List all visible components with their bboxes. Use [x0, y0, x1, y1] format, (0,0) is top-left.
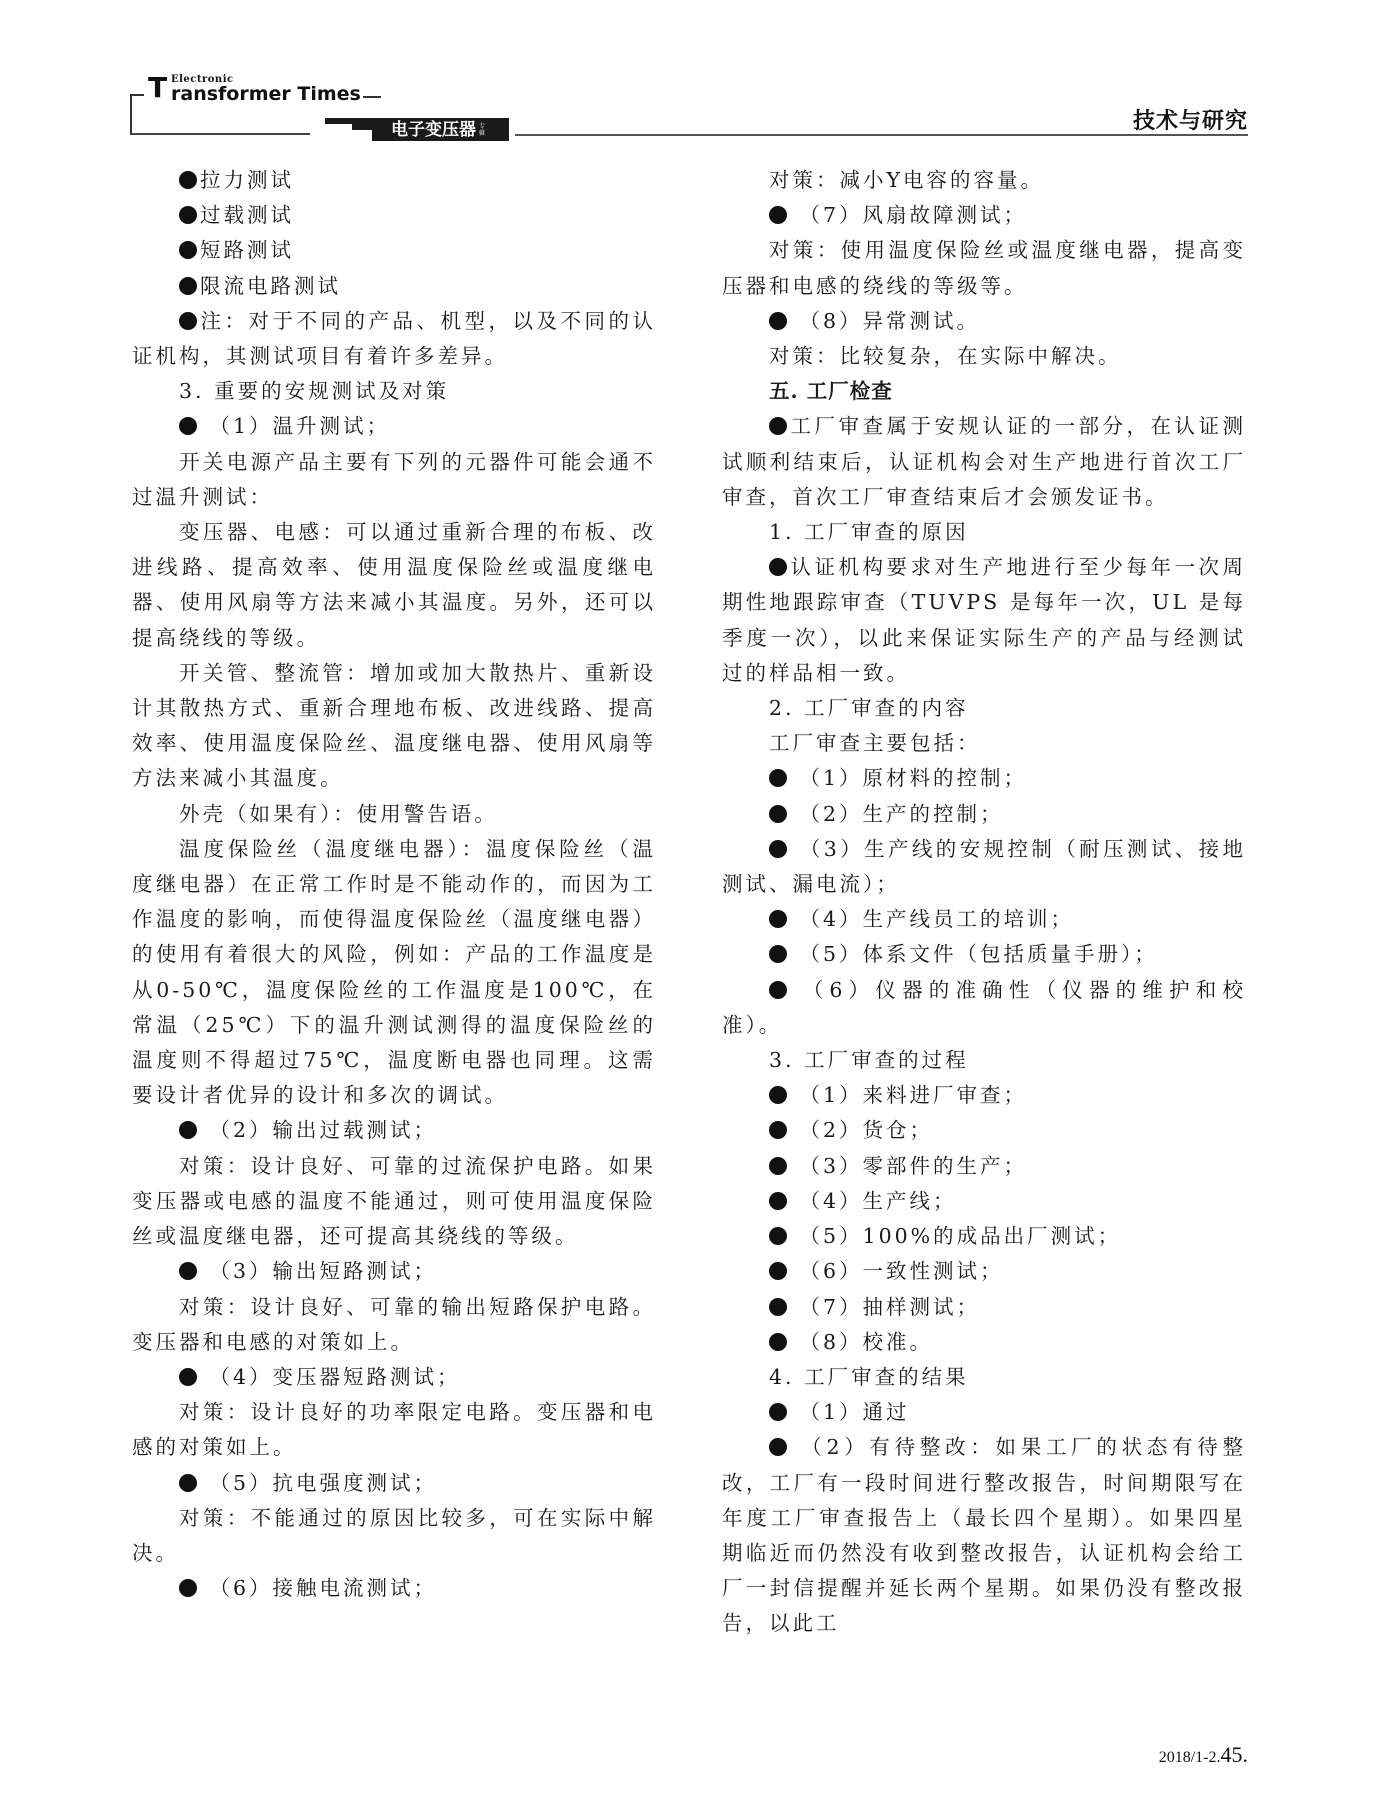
bullet-icon — [179, 241, 197, 259]
paragraph-text: （4）生产线员工的培训； — [790, 907, 1074, 931]
bullet-paragraph: 限流电路测试 — [132, 269, 656, 304]
paragraph: 3. 工厂审查的过程 — [722, 1043, 1246, 1078]
bullet-paragraph: （8）校准。 — [722, 1325, 1246, 1360]
paragraph-text: （2）生产的控制； — [790, 802, 1004, 826]
bullet-paragraph: （7）风扇故障测试； — [722, 198, 1246, 233]
bullet-icon — [769, 840, 787, 858]
left-column: 拉力测试过载测试短路测试限流电路测试注：对于不同的产品、机型，以及不同的认证机构… — [132, 163, 656, 1606]
bullet-paragraph: （4）生产线； — [722, 1184, 1246, 1219]
paragraph-text: （3）零部件的生产； — [790, 1154, 1027, 1178]
paragraph-text: （1）来料进厂审查； — [790, 1083, 1027, 1107]
bullet-paragraph: （2）生产的控制； — [722, 797, 1246, 832]
paragraph-text: （1）原材料的控制； — [790, 766, 1027, 790]
paragraph: 对策：设计良好、可靠的过流保护电路。如果变压器或电感的温度不能通过，则可使用温度… — [132, 1149, 656, 1255]
paragraph-text: （6）仪器的准确性（仪器的维护和校准）。 — [722, 978, 1246, 1037]
bullet-paragraph: （8）异常测试。 — [722, 304, 1246, 339]
bullet-paragraph: （5）100%的成品出厂测试； — [722, 1219, 1246, 1254]
paragraph-text: 过载测试 — [200, 203, 294, 227]
paragraph-text: 2. 工厂审查的内容 — [769, 696, 969, 720]
paragraph-text: 外壳（如果有）：使用警告语。 — [179, 802, 498, 826]
masthead-frame-line — [130, 94, 144, 96]
paragraph-text: 工厂审查属于安规认证的一部分，在认证测试顺利结束后，认证机构会对生产地进行首次工… — [722, 414, 1246, 508]
paragraph-text: 对策：减小Y电容的容量。 — [769, 168, 1044, 192]
paragraph-text: （6）一致性测试； — [790, 1259, 1004, 1283]
paragraph-text: （6）接触电流测试； — [200, 1576, 437, 1600]
paragraph-text: 开关电源产品主要有下列的元器件可能会通不过温升测试： — [132, 450, 656, 509]
paragraph: 温度保险丝（温度继电器）：温度保险丝（温度继电器）在正常工作时是不能动作的，而因… — [132, 832, 656, 1114]
bullet-icon — [769, 312, 787, 330]
bullet-paragraph: 工厂审查属于安规认证的一部分，在认证测试顺利结束后，认证机构会对生产地进行首次工… — [722, 409, 1246, 515]
paragraph-text: （2）货仓； — [790, 1118, 933, 1142]
bullet-paragraph: （3）零部件的生产； — [722, 1149, 1246, 1184]
logo-chinese-banner: 电子变压器 专辑 — [383, 118, 509, 141]
paragraph: 变压器、电感：可以通过重新合理的布板、改进线路、提高效率、使用温度保险丝或温度继… — [132, 515, 656, 656]
paragraph: 对策：设计良好的功率限定电路。变压器和电感的对策如上。 — [132, 1395, 656, 1465]
bullet-icon — [769, 1262, 787, 1280]
masthead-frame-line — [130, 133, 310, 135]
paragraph: 2. 工厂审查的内容 — [722, 691, 1246, 726]
paragraph-text: （2）输出过载测试； — [200, 1118, 437, 1142]
bullet-icon — [769, 558, 787, 576]
paragraph-text: 3. 工厂审查的过程 — [769, 1048, 969, 1072]
bullet-icon — [179, 1121, 197, 1139]
paragraph-text: 五. 工厂检查 — [769, 379, 893, 403]
bullet-icon — [769, 910, 787, 928]
paragraph: 外壳（如果有）：使用警告语。 — [132, 797, 656, 832]
bullet-icon — [769, 206, 787, 224]
issue-number: 2018/1-2. — [1159, 1749, 1221, 1766]
paragraph-text: （5）抗电强度测试； — [200, 1471, 437, 1495]
bullet-icon — [769, 1333, 787, 1351]
paragraph-text: 短路测试 — [200, 238, 294, 262]
bullet-paragraph: （5）抗电强度测试； — [132, 1466, 656, 1501]
bullet-paragraph: （1）原材料的控制； — [722, 761, 1246, 796]
paragraph-text: 注：对于不同的产品、机型，以及不同的认证机构，其测试项目有着许多差异。 — [132, 309, 656, 368]
bullet-icon — [769, 1298, 787, 1316]
paragraph-text: （3）生产线的安规控制（耐压测试、接地测试、漏电流）； — [722, 837, 1246, 896]
paragraph-text: 1. 工厂审查的原因 — [769, 520, 969, 544]
paragraph-text: 4. 工厂审查的结果 — [769, 1365, 969, 1389]
bullet-paragraph: （1）来料进厂审查； — [722, 1078, 1246, 1113]
bullet-icon — [769, 981, 787, 999]
bullet-icon — [769, 769, 787, 787]
bullet-icon — [179, 1474, 197, 1492]
bullet-icon — [179, 417, 197, 435]
bullet-paragraph: （7）抽样测试； — [722, 1290, 1246, 1325]
bullet-icon — [769, 945, 787, 963]
paragraph-text: 对策：不能通过的原因比较多，可在实际中解决。 — [132, 1506, 656, 1565]
paragraph-text: 开关管、整流管：增加或加大散热片、重新设计其散热方式、重新合理地布板、改进线路、… — [132, 661, 656, 791]
paragraph: 对策：不能通过的原因比较多，可在实际中解决。 — [132, 1501, 656, 1571]
paragraph-text: 对策：设计良好的功率限定电路。变压器和电感的对策如上。 — [132, 1400, 656, 1459]
paragraph-text: （8）校准。 — [790, 1330, 933, 1354]
bullet-icon — [769, 1403, 787, 1421]
paragraph-text: （1）通过 — [790, 1400, 910, 1424]
paragraph-text: 3. 重要的安规测试及对策 — [179, 379, 449, 403]
paragraph: 工厂审查主要包括： — [722, 726, 1246, 761]
paragraph-text: 对策：设计良好、可靠的过流保护电路。如果变压器或电感的温度不能通过，则可使用温度… — [132, 1154, 656, 1248]
bullet-icon — [769, 1192, 787, 1210]
bullet-paragraph: （6）一致性测试； — [722, 1254, 1246, 1289]
paragraph-text: 对策：使用温度保险丝或温度继电器，提高变压器和电感的绕线的等级等。 — [722, 238, 1246, 297]
page-number: 45. — [1221, 1742, 1249, 1767]
bullet-icon — [769, 1438, 787, 1456]
bullet-paragraph: 过载测试 — [132, 198, 656, 233]
paragraph-text: 认证机构要求对生产地进行至少每年一次周期性地跟踪审查（TUVPS 是每年一次，U… — [722, 555, 1246, 685]
bullet-paragraph: （3）输出短路测试； — [132, 1254, 656, 1289]
paragraph-text: （7）抽样测试； — [790, 1295, 980, 1319]
paragraph-text: 温度保险丝（温度继电器）：温度保险丝（温度继电器）在正常工作时是不能动作的，而因… — [132, 837, 656, 1107]
bullet-paragraph: （1）通过 — [722, 1395, 1246, 1430]
bullet-paragraph: （2）有待整改：如果工厂的状态有待整改，工厂有一段时间进行整改报告，时间期限写在… — [722, 1430, 1246, 1641]
bullet-paragraph: 拉力测试 — [132, 163, 656, 198]
bullet-icon — [769, 1227, 787, 1245]
bullet-icon — [769, 1157, 787, 1175]
bullet-paragraph: 认证机构要求对生产地进行至少每年一次周期性地跟踪审查（TUVPS 是每年一次，U… — [722, 550, 1246, 691]
section-heading: 五. 工厂检查 — [722, 374, 1246, 409]
paragraph-text: （4）变压器短路测试； — [200, 1365, 461, 1389]
paragraph: 对策：减小Y电容的容量。 — [722, 163, 1246, 198]
bullet-icon — [179, 1368, 197, 1386]
paragraph-text: 变压器、电感：可以通过重新合理的布板、改进线路、提高效率、使用温度保险丝或温度继… — [132, 520, 656, 650]
bullet-paragraph: （6）仪器的准确性（仪器的维护和校准）。 — [722, 973, 1246, 1043]
bullet-icon — [179, 312, 197, 330]
paragraph-text: （5）体系文件（包括质量手册）； — [790, 942, 1158, 966]
logo-chinese-title: 电子变压器 — [391, 120, 476, 140]
paragraph: 3. 重要的安规测试及对策 — [132, 374, 656, 409]
paragraph-text: （3）输出短路测试； — [200, 1259, 437, 1283]
paragraph-text: （7）风扇故障测试； — [790, 203, 1027, 227]
paragraph: 对策：使用温度保险丝或温度继电器，提高变压器和电感的绕线的等级等。 — [722, 233, 1246, 303]
paragraph-text: 限流电路测试 — [200, 274, 341, 298]
paragraph: 开关管、整流管：增加或加大散热片、重新设计其散热方式、重新合理地布板、改进线路、… — [132, 656, 656, 797]
bullet-paragraph: （6）接触电流测试； — [132, 1571, 656, 1606]
paragraph-text: （1）温升测试； — [200, 414, 390, 438]
logo-initial: T — [148, 74, 167, 102]
bullet-paragraph: 注：对于不同的产品、机型，以及不同的认证机构，其测试项目有着许多差异。 — [132, 304, 656, 374]
bullet-paragraph: （1）温升测试； — [132, 409, 656, 444]
bullet-icon — [769, 417, 787, 435]
logo-chinese-tag: 专辑 — [479, 123, 486, 137]
paragraph-text: 拉力测试 — [200, 168, 294, 192]
paragraph-text: （5）100%的成品出厂测试； — [790, 1224, 1121, 1248]
paragraph-text: 对策：比较复杂，在实际中解决。 — [769, 344, 1122, 368]
paragraph-text: 对策：设计良好、可靠的输出短路保护电路。变压器和电感的对策如上。 — [132, 1295, 656, 1354]
bullet-paragraph: （3）生产线的安规控制（耐压测试、接地测试、漏电流）； — [722, 832, 1246, 902]
bullet-paragraph: （4）生产线员工的培训； — [722, 902, 1246, 937]
logo-title: ransformer Times — [171, 84, 361, 104]
bullet-icon — [179, 1262, 197, 1280]
paragraph: 对策：设计良好、可靠的输出短路保护电路。变压器和电感的对策如上。 — [132, 1290, 656, 1360]
right-column: 对策：减小Y电容的容量。 （7）风扇故障测试；对策：使用温度保险丝或温度继电器，… — [722, 163, 1246, 1642]
bullet-paragraph: （4）变压器短路测试； — [132, 1360, 656, 1395]
paragraph: 1. 工厂审查的原因 — [722, 515, 1246, 550]
paragraph-text: （2）有待整改：如果工厂的状态有待整改，工厂有一段时间进行整改报告，时间期限写在… — [722, 1435, 1246, 1635]
bullet-icon — [179, 171, 197, 189]
paragraph: 4. 工厂审查的结果 — [722, 1360, 1246, 1395]
bullet-icon — [179, 206, 197, 224]
paragraph: 对策：比较复杂，在实际中解决。 — [722, 339, 1246, 374]
paragraph: 开关电源产品主要有下列的元器件可能会通不过温升测试： — [132, 445, 656, 515]
bullet-icon — [769, 805, 787, 823]
paragraph-text: 工厂审查主要包括： — [769, 731, 981, 755]
paragraph-text: （8）异常测试。 — [790, 309, 980, 333]
bullet-icon — [179, 277, 197, 295]
bullet-icon — [179, 1579, 197, 1597]
bullet-icon — [769, 1086, 787, 1104]
section-title: 技术与研究 — [1133, 104, 1248, 135]
masthead-frame-line — [130, 94, 132, 134]
bullet-paragraph: 短路测试 — [132, 233, 656, 268]
bullet-paragraph: （2）货仓； — [722, 1113, 1246, 1148]
bullet-paragraph: （2）输出过载测试； — [132, 1113, 656, 1148]
bullet-icon — [769, 1121, 787, 1139]
page-footer: 2018/1-2.45. — [1159, 1742, 1248, 1768]
logo-dash — [363, 96, 381, 98]
bullet-paragraph: （5）体系文件（包括质量手册）； — [722, 937, 1246, 972]
paragraph-text: （4）生产线； — [790, 1189, 957, 1213]
